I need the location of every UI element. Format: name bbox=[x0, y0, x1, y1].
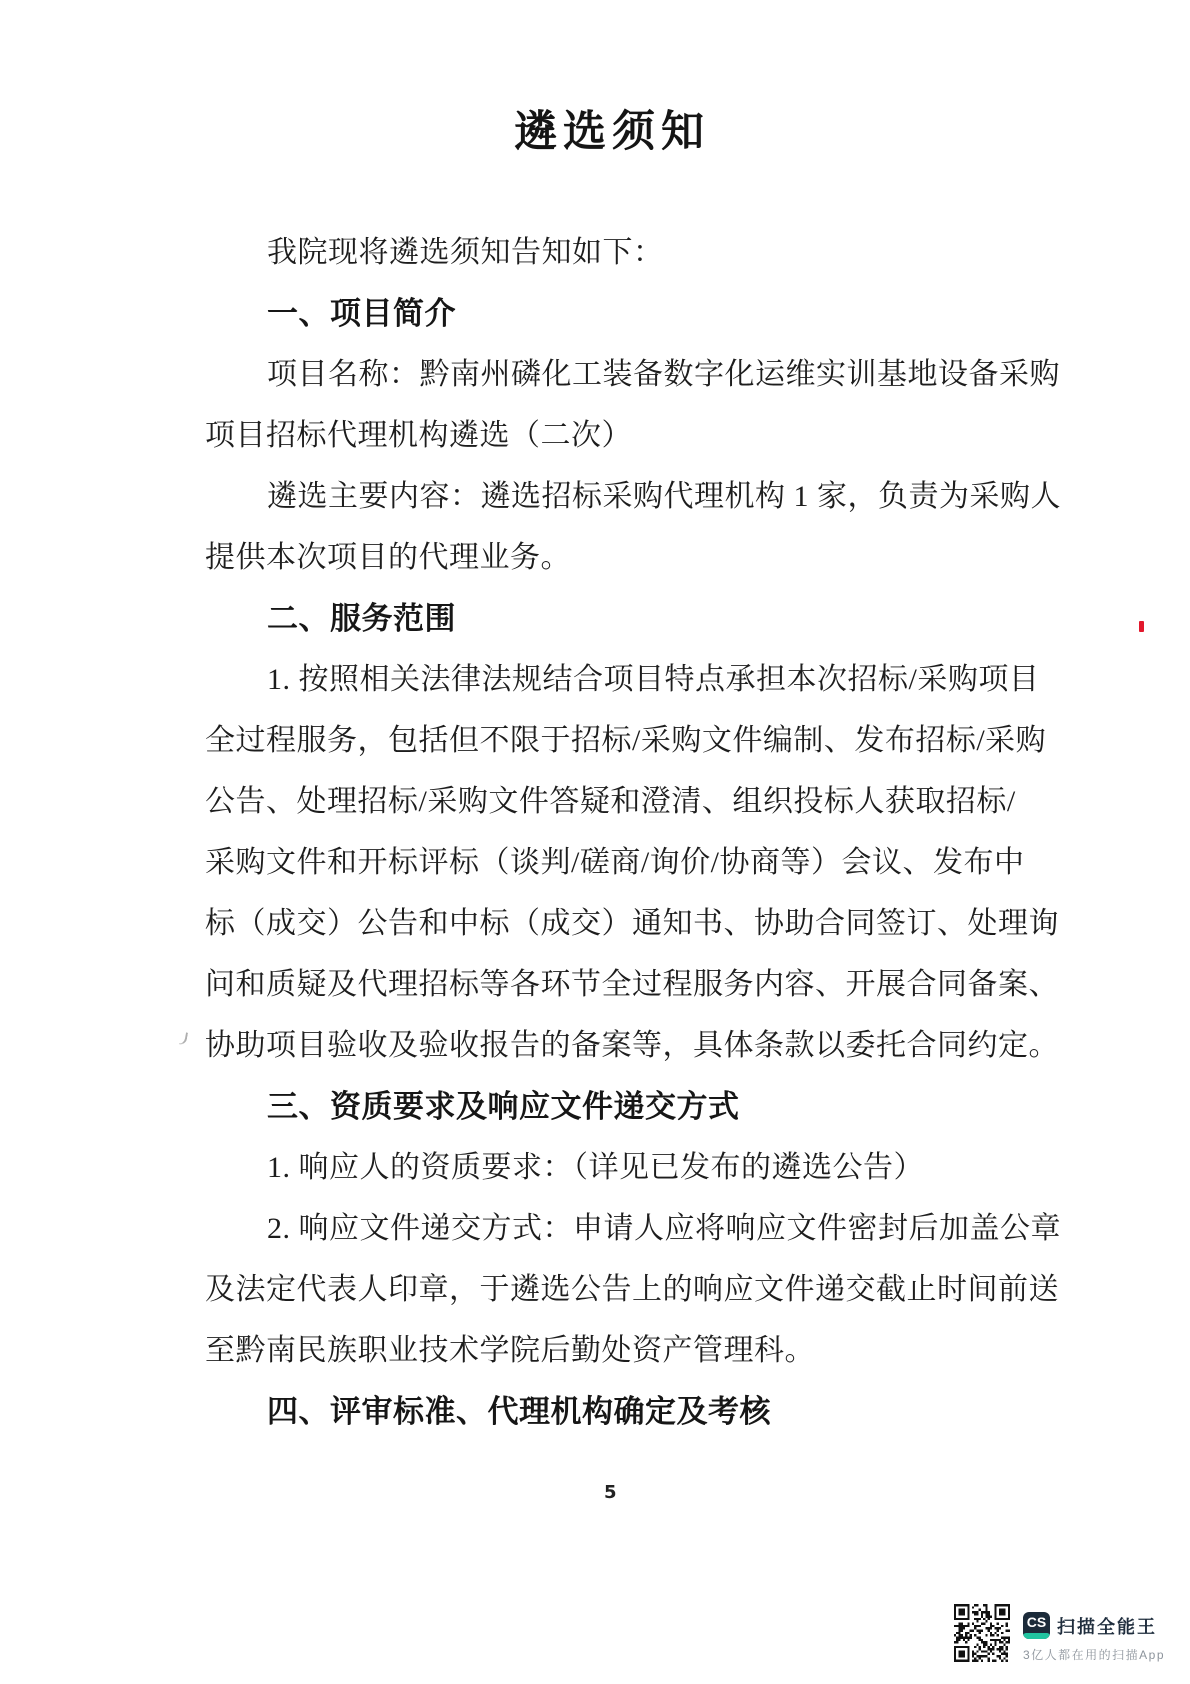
text-line: 1. 按照相关法律法规结合项目特点承担本次招标/采购项目 bbox=[205, 649, 1020, 710]
text-line: 公告、处理招标/采购文件答疑和澄清、组织投标人获取招标/ bbox=[205, 771, 1020, 832]
section-heading: 一、项目简介 bbox=[205, 283, 1020, 344]
text-line: 标（成交）公告和中标（成交）通知书、协助合同签订、处理询 bbox=[205, 893, 1020, 954]
text-line: 及法定代表人印章，于遴选公告上的响应文件递交截止时间前送 bbox=[205, 1259, 1020, 1320]
scan-artifact-mark bbox=[179, 1031, 188, 1045]
scanner-app-name: 扫描全能王 bbox=[1057, 1613, 1157, 1639]
camscanner-logo-icon: CS bbox=[1023, 1612, 1050, 1639]
text-line: 提供本次项目的代理业务。 bbox=[205, 527, 1020, 588]
document-title: 遴选须知 bbox=[0, 98, 1190, 159]
text-line: 协助项目验收及验收报告的备案等，具体条款以委托合同约定。 bbox=[205, 1015, 1020, 1076]
text-line: 2. 响应文件递交方式：申请人应将响应文件密封后加盖公章 bbox=[205, 1198, 1020, 1259]
text-line: 遴选主要内容：遴选招标采购代理机构 1 家，负责为采购人 bbox=[205, 466, 1020, 527]
text-line: 采购文件和开标评标（谈判/磋商/询价/协商等）会议、发布中 bbox=[205, 832, 1020, 893]
text-line: 1. 响应人的资质要求：（详见已发布的遴选公告） bbox=[205, 1137, 1020, 1198]
camscanner-logo-text: CS bbox=[1023, 1614, 1050, 1630]
scanned-document-page: 遴选须知 我院现将遴选须知告知如下：一、项目简介项目名称：黔南州磷化工装备数字化… bbox=[0, 0, 1190, 1684]
qr-code-icon bbox=[954, 1604, 1010, 1662]
text-line: 项目招标代理机构遴选（二次） bbox=[205, 405, 1020, 466]
text-line: 至黔南民族职业技术学院后勤处资产管理科。 bbox=[205, 1320, 1020, 1381]
scanner-app-tagline: 3亿人都在用的扫描App bbox=[1023, 1646, 1165, 1663]
section-heading: 三、资质要求及响应文件递交方式 bbox=[205, 1076, 1020, 1137]
document-lines: 我院现将遴选须知告知如下：一、项目简介项目名称：黔南州磷化工装备数字化运维实训基… bbox=[205, 222, 1020, 1442]
text-line: 全过程服务，包括但不限于招标/采购文件编制、发布招标/采购 bbox=[205, 710, 1020, 771]
section-heading: 二、服务范围 bbox=[205, 588, 1020, 649]
page-number: 5 bbox=[604, 1482, 617, 1503]
text-line: 我院现将遴选须知告知如下： bbox=[205, 222, 1020, 283]
red-annotation-mark bbox=[1139, 621, 1144, 632]
camscanner-logo-strip bbox=[1023, 1633, 1050, 1639]
scanner-app-watermark: CS 扫描全能王 3亿人都在用的扫描App bbox=[954, 1604, 1164, 1666]
section-heading: 四、评审标准、代理机构确定及考核 bbox=[205, 1381, 1020, 1442]
text-line: 项目名称：黔南州磷化工装备数字化运维实训基地设备采购 bbox=[205, 344, 1020, 405]
text-line: 问和质疑及代理招标等各环节全过程服务内容、开展合同备案、 bbox=[205, 954, 1020, 1015]
